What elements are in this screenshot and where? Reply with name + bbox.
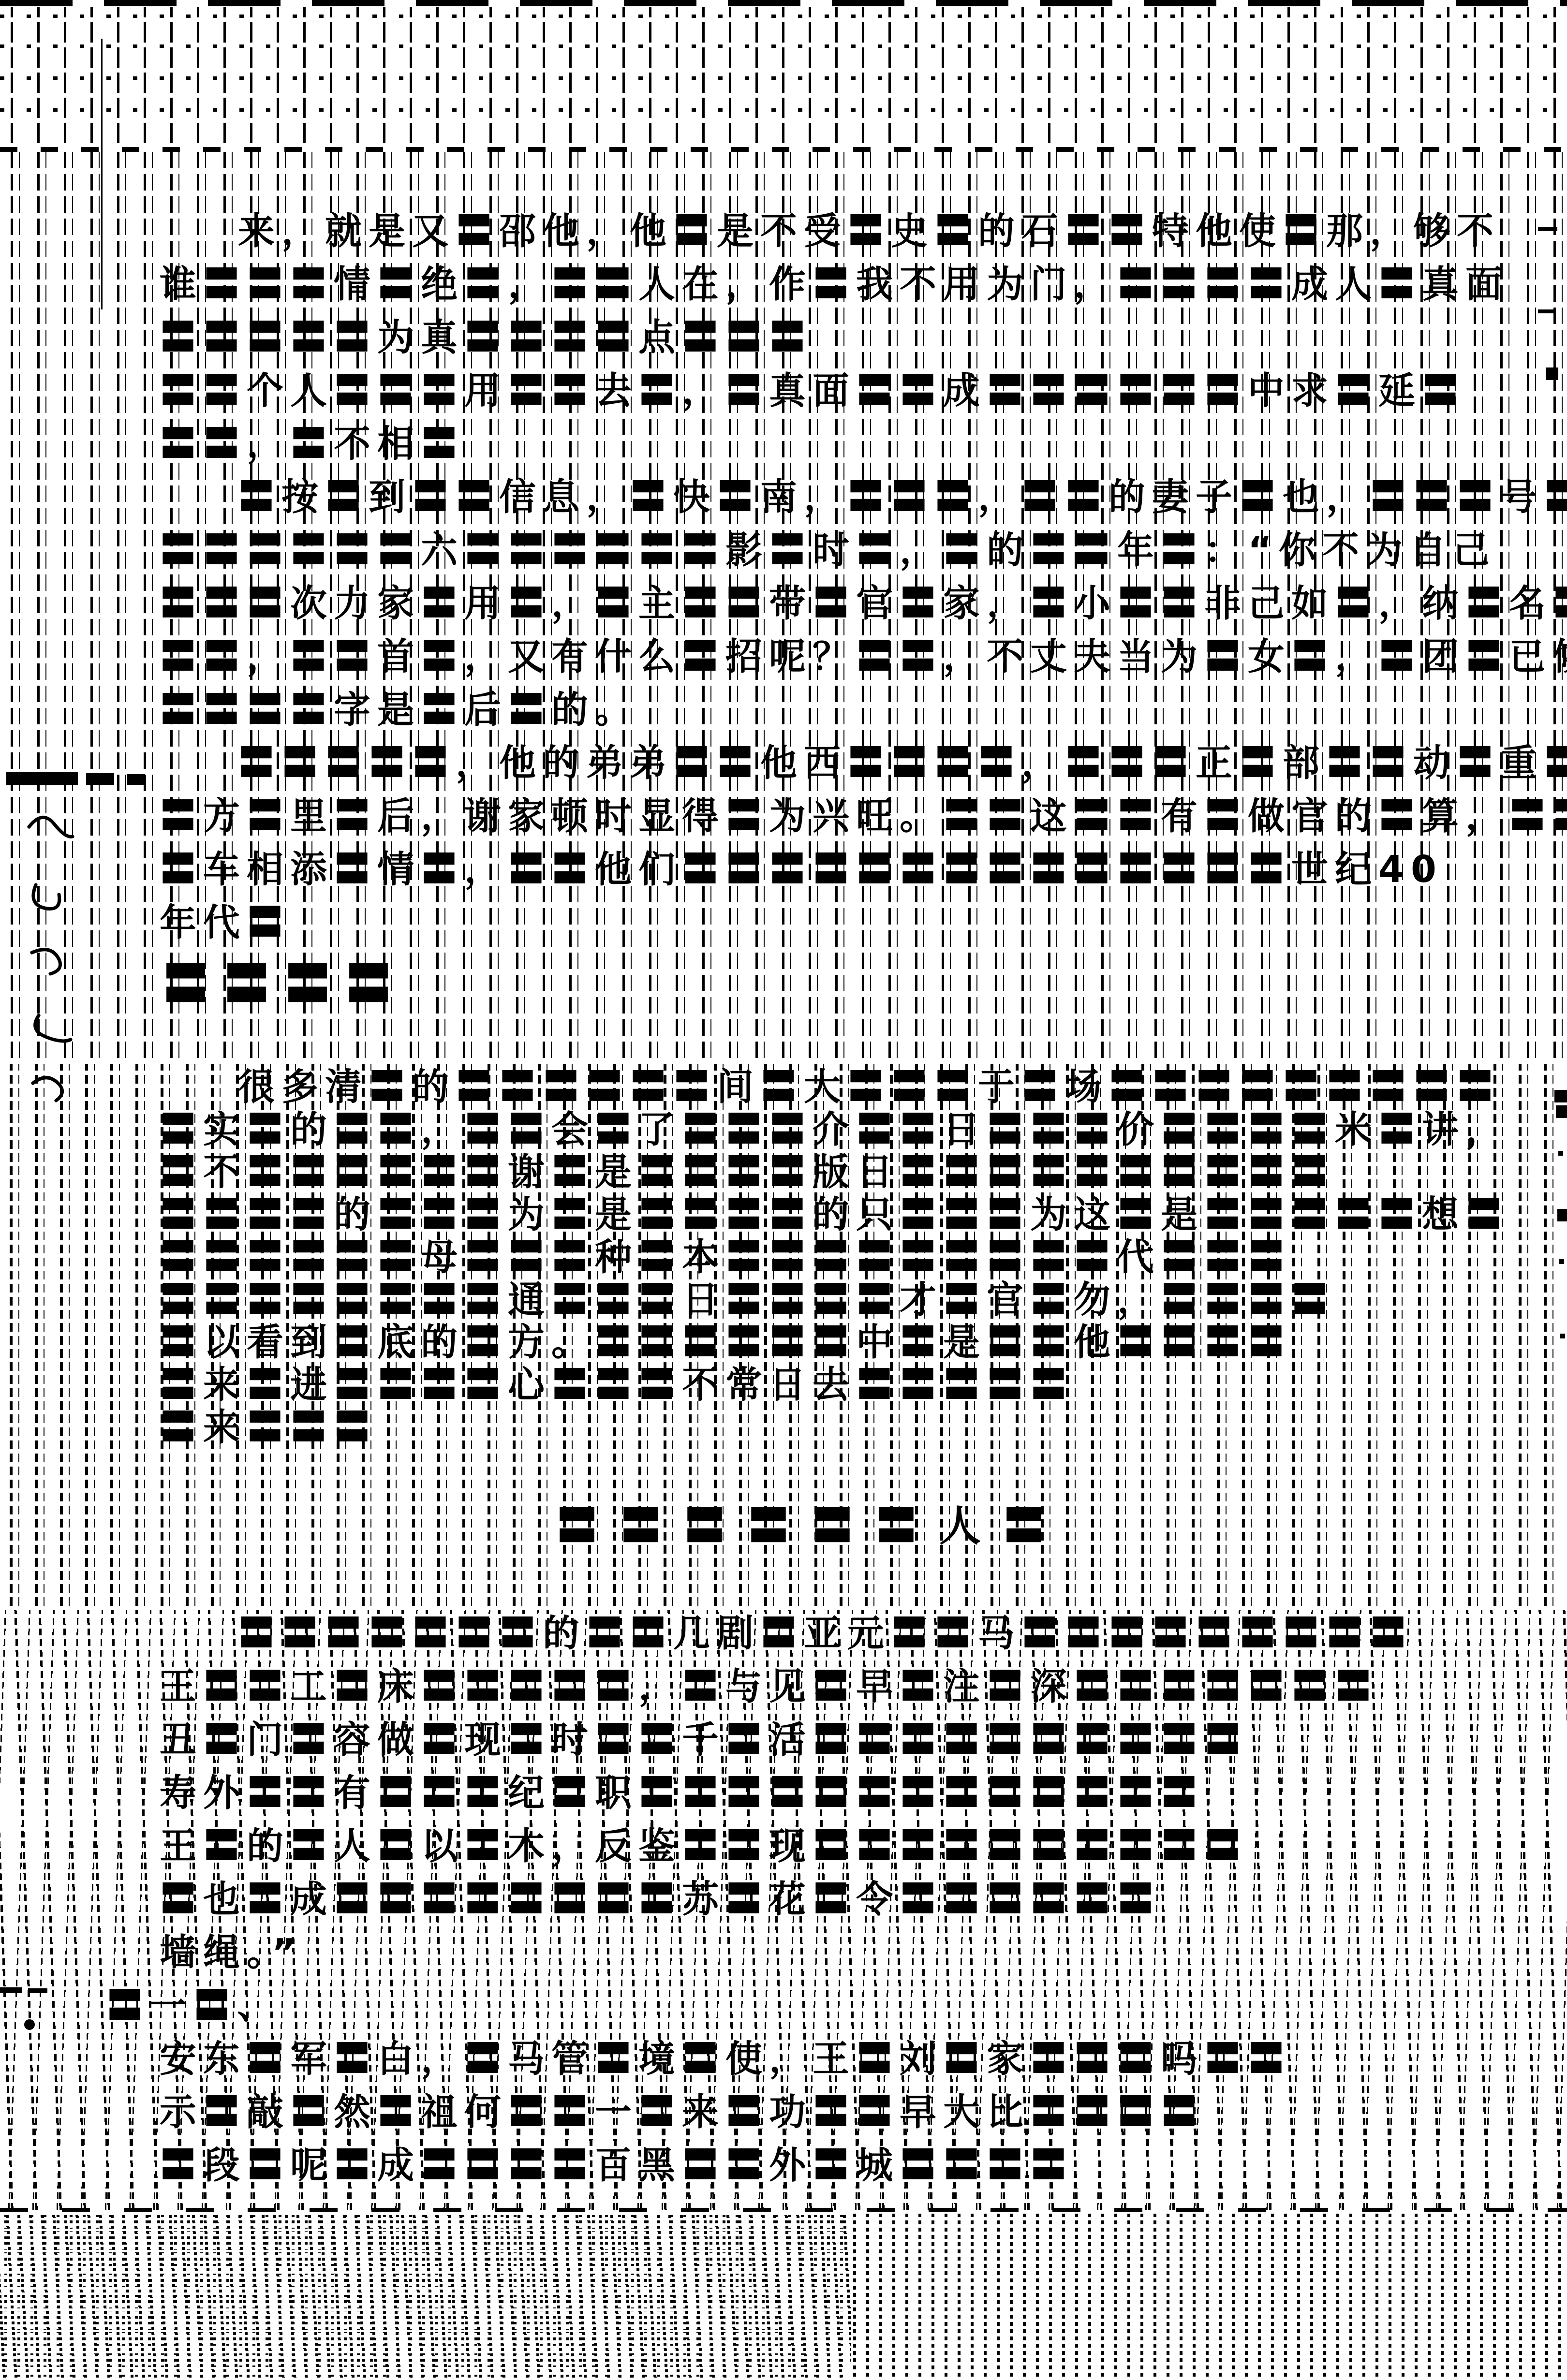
text-line: 〓〓〓次力家〓用〓，〓主〓〓带〓官〓家，〓小〓〓非己如〓，纳〓名〓车 — [160, 584, 1567, 623]
left-edge-ink-blob — [86, 773, 114, 785]
vertical-hairline-artifact — [101, 39, 103, 309]
text-line: 年代〓 — [160, 903, 290, 942]
left-edge-ink-blob — [127, 774, 145, 785]
text-line: 〓来〓〓〓 — [160, 1408, 377, 1447]
noise-dash-row — [0, 108, 1567, 112]
left-margin-dash — [28, 1988, 47, 1993]
text-line: 〓段〓呢〓成〓〓〓〓百黑〓〓外〓城〓〓〓〓 — [160, 2146, 1074, 2185]
right-margin-mark — [1554, 1090, 1567, 1102]
text-line: 〓〓〓〓字是〓后〓的。 — [160, 690, 638, 729]
text-line: 王〓〓工〓床〓〓〓〓〓，〓与见〓早〓注〓深〓〓〓〓〓〓〓 — [160, 1667, 1378, 1706]
left-margin-bullet — [24, 2019, 35, 2030]
text-line: 王〓的〓人〓以〓木，反鉴〓〓现〓〓〓〓〓〓〓〓〓〓 — [160, 1827, 1248, 1866]
text-line: 寿外〓〓有〓〓〓纪〓职〓〓〓〓〓〓〓〓〓〓〓〓〓 — [160, 1774, 1204, 1812]
right-margin-mark — [1546, 367, 1558, 380]
right-margin-tick — [1538, 227, 1557, 231]
text-line: 〓实〓的〓〓，〓〓会〓了〓〓〓介〓〓日〓〓〓价〓〓〓〓米〓讲， — [160, 1110, 1509, 1149]
dashed-rule-bottom — [0, 2208, 1567, 2212]
left-margin-dash — [0, 1987, 22, 1993]
text-line: 丑〓门〓容做〓现〓时〓〓千〓活〓〓〓〓〓〓〓〓〓〓 — [160, 1720, 1248, 1759]
subsection-heading: 〓〓〓〓〓〓人〓 — [556, 1505, 1067, 1548]
text-line: 〓不〓〓〓〓〓〓谢〓是〓〓〓〓版日〓〓〓〓〓〓〓〓〓〓 — [160, 1153, 1335, 1191]
left-edge-ink-blob — [6, 772, 78, 785]
right-margin-dot — [1559, 1259, 1564, 1264]
text-line: 〓〓〓〓〓〓六〓〓〓〓〓〓影〓时〓，〓的〓〓年〓：“你不为自己 — [160, 531, 1496, 570]
text-line: 〓车相添〓情〓，〓〓他们〓〓〓〓〓〓〓〓〓〓〓〓〓〓世纪40 — [160, 850, 1443, 889]
scanline-texture-bottom-noise-dense — [0, 2214, 851, 2380]
text-line: 〓〓个人〓〓〓用〓〓去〓，〓真面〓〓成〓〓〓〓〓〓中求〓延〓 — [160, 371, 1465, 410]
right-margin-mark — [1557, 1209, 1567, 1221]
text-line: 很多清〓的〓〓〓〓〓〓间〓大〓〓〓于〓场〓〓〓〓〓〓〓〓〓 — [238, 1068, 1500, 1106]
text-line: 〓〓，〓不相〓 — [160, 425, 464, 463]
text-line: 墙绳。” — [160, 1933, 303, 1972]
text-line: 〓按〓到〓〓信息，〓快〓南，〓〓〓，〓〓的妻子〓也，〓〓〓号〓问〓 — [238, 478, 1567, 516]
text-line: 〓〓〓〓〓〓〓〓通〓〓〓日〓〓〓〓才〓官〓勿，〓〓〓〓 — [160, 1280, 1335, 1319]
text-line: 〓一〓、 — [106, 1986, 281, 2025]
scanned-document-page: 来，就是又〓邵他，他〓是不受〓史〓的石〓〓特他使〓那，够不 谁〓〓〓情〓绝〓，〓… — [0, 0, 1567, 2380]
text-line: 〓以看到〓底的〓方。〓〓〓〓〓〓中〓是〓〓他〓〓〓〓 — [160, 1323, 1291, 1362]
noise-dash-row — [0, 76, 1567, 80]
text-line: 〓〓，〓〓首〓，又有什么〓招呢？〓〓，不丈夫当为〓女〓，〓团〓已候见如〓七 — [160, 637, 1567, 676]
noise-dash-row — [0, 44, 1567, 48]
top-edge-black-bar — [0, 0, 1567, 6]
text-line: 〓〓〓〓〓为真〓〓〓〓点〓〓〓 — [160, 318, 813, 357]
handwritten-margin-note — [15, 798, 102, 1136]
text-line: 安东〓军〓白，〓马管〓境〓使，王〓刘〓家〓〓〓吗〓〓 — [160, 2040, 1291, 2078]
text-line: 〓〓〓〓的〓〓〓为〓是〓〓〓〓的只〓〓〓为这〓是〓〓〓〓〓想〓 — [160, 1195, 1509, 1234]
text-line: 〓方〓里〓后，谢家顿时显得〓为兴旺。〓〓这〓〓有〓做官的〓算，〓〓〓〓〓 — [160, 797, 1567, 836]
text-line: 〓也〓成〓〓〓〓〓〓〓〓苏〓花〓令〓〓〓〓〓〓 — [160, 1880, 1161, 1919]
text-line: 〓来〓进〓〓〓〓心〓〓〓不常日去〓〓〓〓〓 — [160, 1366, 1074, 1404]
right-margin-tick — [1538, 309, 1554, 313]
text-line: 谁〓〓〓情〓绝〓，〓〓人在，作〓我不用为门，〓〓〓〓成人〓真面 — [160, 265, 1509, 304]
text-line: 〓〓〓〓〓〓母〓〓〓种〓本〓〓〓〓〓〓〓〓〓代〓〓〓 — [160, 1238, 1291, 1277]
right-margin-dot — [1558, 1151, 1563, 1156]
right-margin-mark — [1556, 1105, 1567, 1118]
section-heading: 〓〓〓〓 — [163, 960, 406, 1009]
noise-dash-row — [0, 15, 1567, 18]
text-line: 示〓敲〓然〓祖何〓〓一〓来〓功〓〓早大比〓〓〓〓 — [160, 2093, 1204, 2131]
text-line: 〓〓〓〓〓〓〓的〓〓几剧〓亚元〓〓马〓〓〓〓〓〓〓〓〓 — [238, 1614, 1413, 1653]
dashed-rule-top — [0, 147, 1567, 152]
text-line: 〓〓〓〓〓，他的弟弟〓〓他西〓〓〓〓，〓〓〓正〓部〓〓动〓重〓，〓到 — [238, 744, 1567, 782]
text-line: 来，就是又〓邵他，他〓是不受〓史〓的石〓〓特他使〓那，够不 — [238, 212, 1500, 250]
right-margin-dot — [1560, 1334, 1565, 1338]
